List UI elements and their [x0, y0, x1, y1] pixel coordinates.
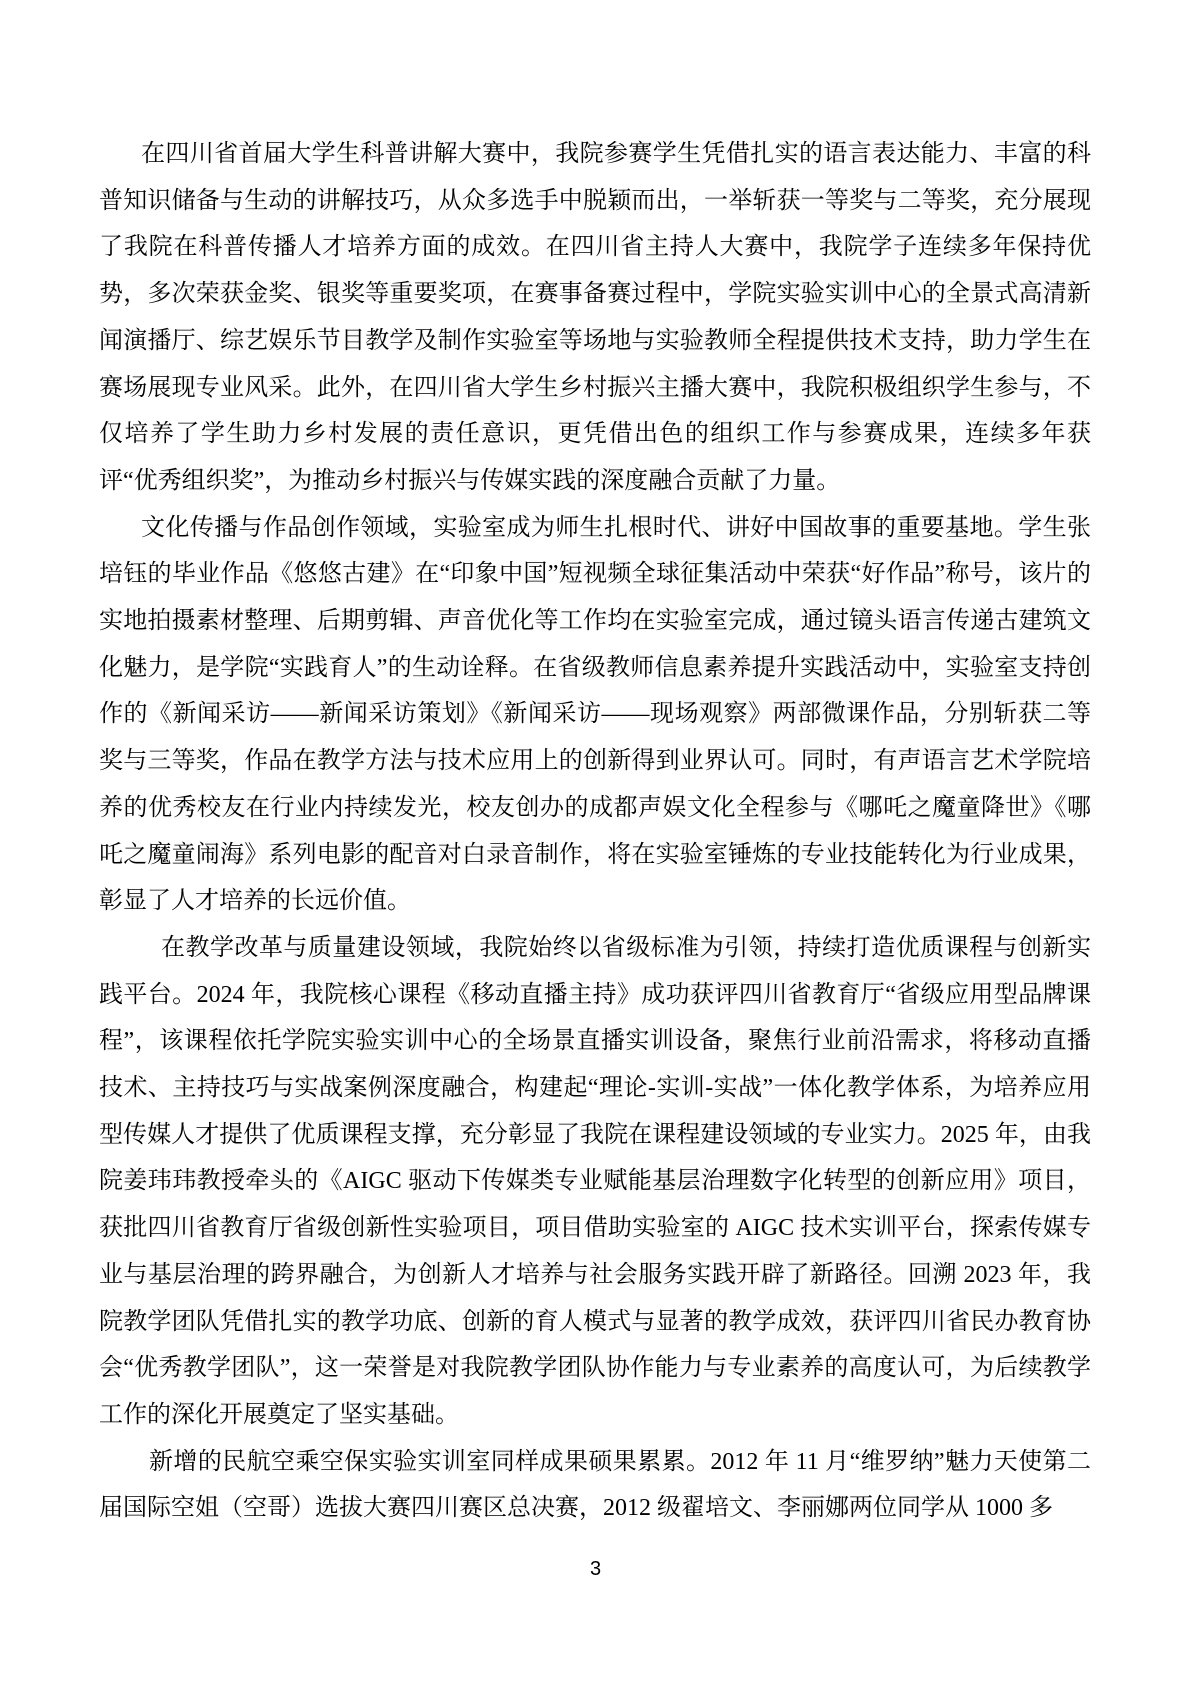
- document-body: 在四川省首届大学生科普讲解大赛中，我院参赛学生凭借扎实的语言表达能力、丰富的科普…: [99, 131, 1091, 1532]
- page-number: 3: [0, 1556, 1191, 1582]
- paragraph-aviation-lab-achievements: 新增的民航空乘空保实验实训室同样成果硕果累累。2012 年 11 月“维罗纳”魅…: [99, 1439, 1091, 1532]
- paragraph-science-popularization-awards: 在四川省首届大学生科普讲解大赛中，我院参赛学生凭借扎实的语言表达能力、丰富的科普…: [99, 131, 1091, 505]
- paragraph-teaching-reform-quality: 在教学改革与质量建设领域，我院始终以省级标准为引领，持续打造优质课程与创新实践平…: [99, 925, 1091, 1439]
- document-page: 在四川省首届大学生科普讲解大赛中，我院参赛学生凭借扎实的语言表达能力、丰富的科普…: [0, 0, 1191, 1684]
- paragraph-cultural-works-achievements: 文化传播与作品创作领域，实验室成为师生扎根时代、讲好中国故事的重要基地。学生张培…: [99, 505, 1091, 925]
